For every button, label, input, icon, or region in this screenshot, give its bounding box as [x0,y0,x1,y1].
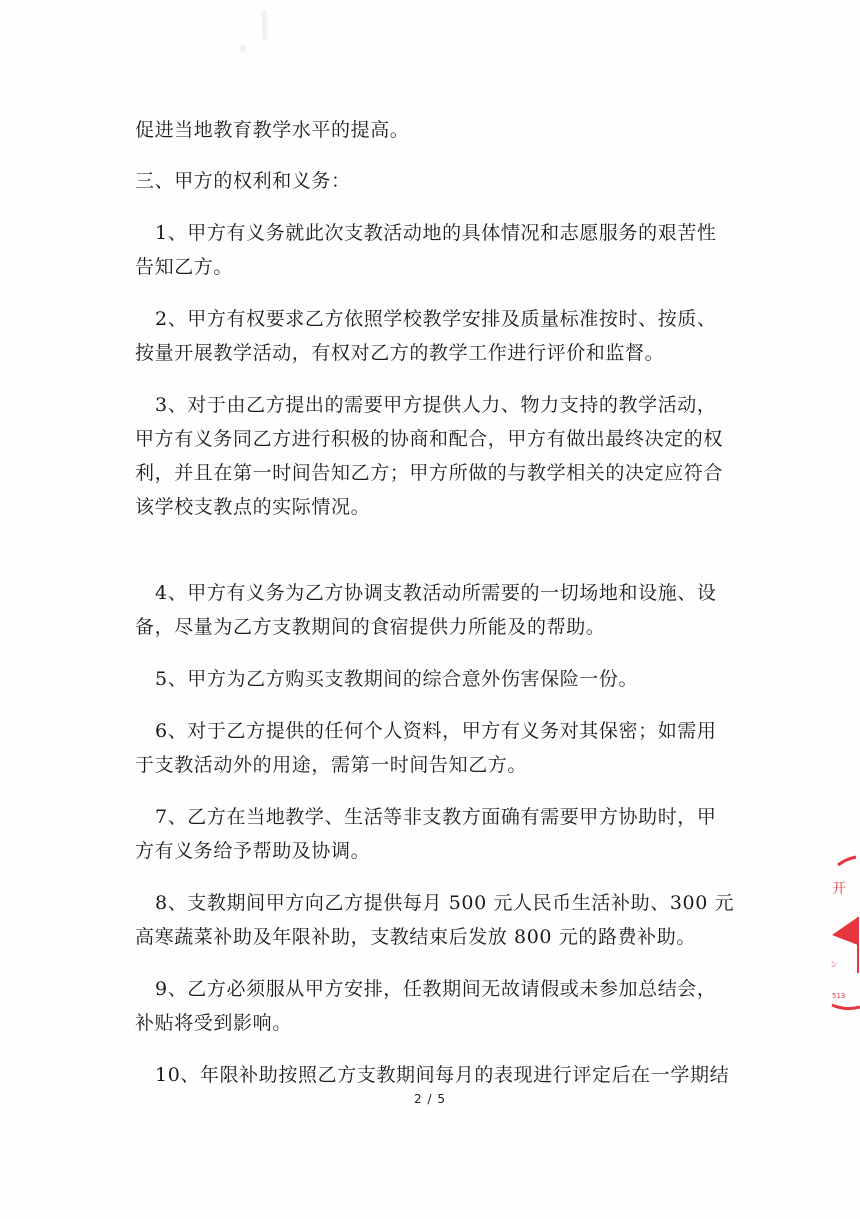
stamp-digits: 513 [832,992,845,1000]
text-line: 利，并且在第一时间告知乙方；甲方所做的与教学相关的决定应符合 [135,461,775,485]
text-line: 1、甲方有义务就此次支教活动地的具体情况和志愿服务的艰苦性 [155,221,795,245]
red-seal-stamp: 开 ン 513 [826,855,860,1015]
text-line: 4、甲方有义务为乙方协调支教活动所需要的一切场地和设施、设 [155,581,795,605]
text-line: 8、支教期间甲方向乙方提供每月 500 元人民币生活补助、300 元 [155,891,795,915]
text-line: 10、年限补助按照乙方支教期间每月的表现进行评定后在一学期结 [155,1063,795,1087]
text-line: 于支教活动外的用途，需第一时间告知乙方。 [135,753,775,777]
text-line: 2、甲方有权要求乙方依照学校教学安排及质量标准按时、按质、 [155,307,795,331]
document-page: 促进当地教育教学水平的提高。三、甲方的权利和义务：1、甲方有义务就此次支教活动地… [0,0,860,1219]
scan-artifact [262,10,267,40]
page-number: 2 / 5 [0,1092,860,1106]
text-line: 6、对于乙方提供的任何个人资料，甲方有义务对其保密；如需用 [155,719,795,743]
text-line: 方有义务给予帮助及协调。 [135,839,775,863]
svg-text:ン: ン [830,960,838,969]
text-line: 补贴将受到影响。 [135,1011,775,1035]
text-line: 备，尽量为乙方支教期间的食宿提供力所能及的帮助。 [135,615,775,639]
stamp-char: 开 [832,881,846,897]
scan-artifact [240,45,246,53]
text-line: 7、乙方在当地教学、生活等非支教方面确有需要甲方协助时，甲 [155,805,795,829]
text-line: 促进当地教育教学水平的提高。 [135,118,775,142]
text-line: 高寒蔬菜补助及年限补助，支教结束后发放 800 元的路费补助。 [135,925,775,949]
text-line: 3、对于由乙方提出的需要甲方提供人力、物力支持的教学活动， [155,393,795,417]
text-line: 三、甲方的权利和义务： [135,169,775,193]
text-line: 按量开展教学活动，有权对乙方的教学工作进行评价和监督。 [135,341,775,365]
text-line: 该学校支教点的实际情况。 [135,495,775,519]
text-line: 甲方有义务同乙方进行积极的协商和配合，甲方有做出最终决定的权 [135,427,775,451]
text-line: 9、乙方必须服从甲方安排，任教期间无故请假或未参加总结会， [155,977,795,1001]
text-line: 5、甲方为乙方购买支教期间的综合意外伤害保险一份。 [155,667,795,691]
text-line: 告知乙方。 [135,255,775,279]
